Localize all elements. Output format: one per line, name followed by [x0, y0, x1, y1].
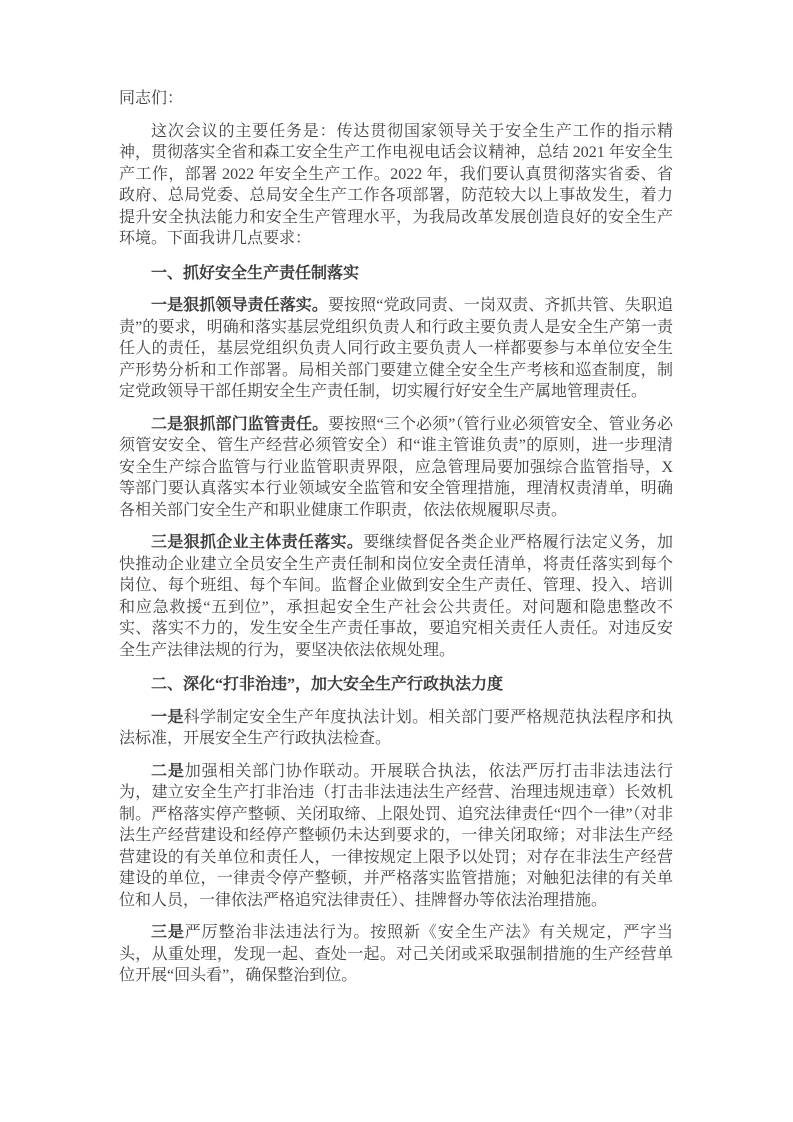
section-2-paragraph-2-lead: 二是 — [151, 763, 185, 780]
section-2-paragraph-2: 二是加强相关部门协作联动。开展联合执法，依法严厉打击非法违法行为，建立安全生产打… — [119, 761, 673, 912]
section-2-paragraph-3-text: 严厉整治非法违法行为。按照新《安全生产法》有关规定，严字当头，从重处理，发现一起… — [119, 924, 673, 984]
salutation: 同志们： — [119, 88, 673, 110]
section-2-paragraph-1-text: 科学制定安全生产年度执法计划。相关部门要严格规范执法程序和执法标准，开展安全生产… — [119, 709, 673, 748]
document-page: 同志们： 这次会议的主要任务是：传达贯彻国家领导关于安全生产工作的指示精神，贯彻… — [0, 0, 793, 1122]
section-1-paragraph-3: 三是狠抓企业主体责任落实。要继续督促各类企业严格履行法定义务，加快推动企业建立全… — [119, 532, 673, 661]
section-1-paragraph-1-lead: 一是狠抓领导责任落实。 — [151, 297, 328, 314]
section-1-paragraph-3-text: 要继续督促各类企业严格履行法定义务，加快推动企业建立全员安全生产责任制和岗位安全… — [119, 534, 673, 659]
section-1-paragraph-3-lead: 三是狠抓企业主体责任落实。 — [151, 534, 363, 551]
section-1-paragraph-2: 二是狠抓部门监管责任。要按照“三个必须”（管行业必须管安全、管业务必须管安安全、… — [119, 414, 673, 522]
section-2-paragraph-3: 三是严厉整治非法违法行为。按照新《安全生产法》有关规定，严字当头，从重处理，发现… — [119, 922, 673, 987]
intro-paragraph: 这次会议的主要任务是：传达贯彻国家领导关于安全生产工作的指示精神，贯彻落实全省和… — [119, 121, 673, 250]
section-2-paragraph-3-lead: 三是 — [151, 924, 185, 941]
section-2-paragraph-2-text: 加强相关部门协作联动。开展联合执法，依法严厉打击非法违法行为，建立安全生产打非治… — [119, 763, 673, 909]
section-2-heading: 二、深化“打非治违”，加大安全生产行政执法力度 — [119, 674, 673, 696]
section-2-paragraph-1: 一是科学制定安全生产年度执法计划。相关部门要严格规范执法程序和执法标准，开展安全… — [119, 707, 673, 750]
section-1-heading: 一、抓好安全生产责任制落实 — [119, 263, 673, 285]
section-1-paragraph-2-lead: 二是狠抓部门监管责任。 — [151, 416, 328, 433]
section-1-paragraph-1: 一是狠抓领导责任落实。要按照“党政同责、一岗双责、齐抓共管、失职追责”的要求，明… — [119, 295, 673, 403]
section-2-paragraph-1-lead: 一是 — [151, 709, 184, 726]
